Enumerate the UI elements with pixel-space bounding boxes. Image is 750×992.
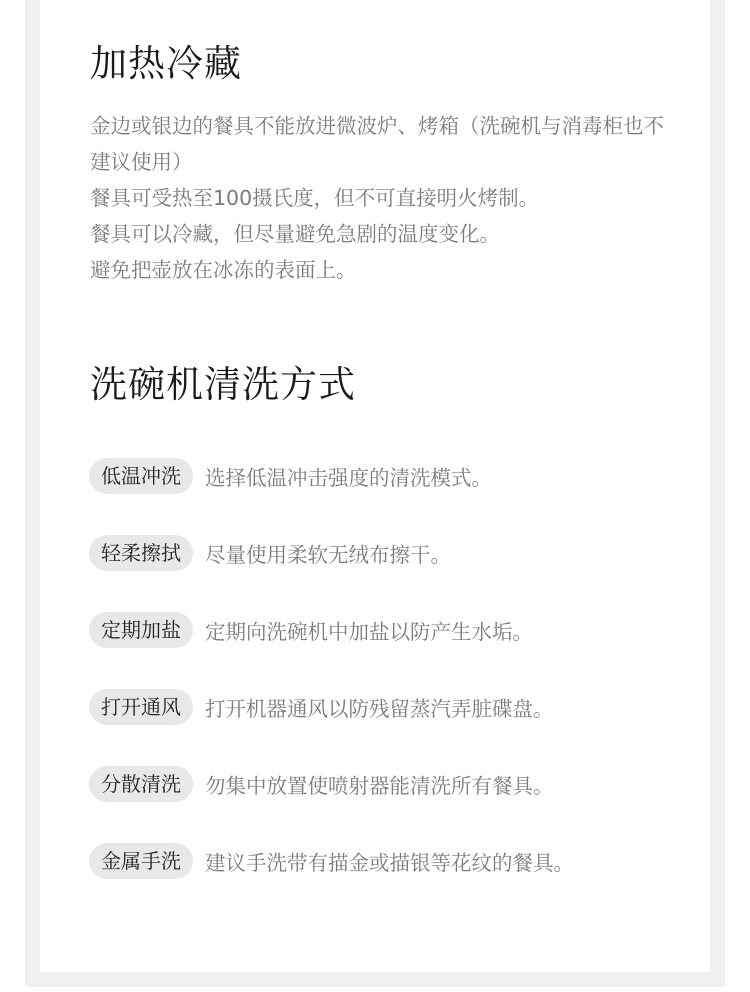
- tip-description: 勿集中放置使喷射器能清洗所有餐具。: [205, 769, 554, 799]
- tip-item: 打开通风 打开机器通风以防残留蒸汽弄脏碟盘。: [89, 689, 689, 725]
- content-card: 加热冷藏 金边或银边的餐具不能放进微波炉、烤箱（洗碗机与消毒柜也不建议使用） 餐…: [40, 0, 710, 972]
- tip-item: 定期加盐 定期向洗碗机中加盐以防产生水垢。: [89, 612, 689, 648]
- paragraph: 金边或银边的餐具不能放进微波炉、烤箱（洗碗机与消毒柜也不建议使用）: [90, 108, 680, 180]
- tip-description: 打开机器通风以防残留蒸汽弄脏碟盘。: [205, 692, 554, 722]
- section-title-dishwasher-cleaning: 洗碗机清洗方式: [90, 363, 356, 407]
- tip-tag: 金属手洗: [89, 843, 193, 879]
- tip-description: 尽量使用柔软无绒布擦干。: [205, 538, 451, 568]
- heating-refrigeration-text: 金边或银边的餐具不能放进微波炉、烤箱（洗碗机与消毒柜也不建议使用） 餐具可受热至…: [90, 108, 680, 288]
- paragraph: 餐具可受热至100摄氏度，但不可直接明火烤制。: [90, 180, 680, 216]
- tip-tag: 轻柔擦拭: [89, 535, 193, 571]
- page-frame: 加热冷藏 金边或银边的餐具不能放进微波炉、烤箱（洗碗机与消毒柜也不建议使用） 餐…: [25, 0, 725, 987]
- tip-tag: 打开通风: [89, 689, 193, 725]
- tip-item: 低温冲洗 选择低温冲击强度的清洗模式。: [89, 458, 689, 494]
- cleaning-tips-list: 低温冲洗 选择低温冲击强度的清洗模式。 轻柔擦拭 尽量使用柔软无绒布擦干。 定期…: [89, 458, 689, 920]
- tip-item: 金属手洗 建议手洗带有描金或描银等花纹的餐具。: [89, 843, 689, 879]
- tip-item: 分散清洗 勿集中放置使喷射器能清洗所有餐具。: [89, 766, 689, 802]
- tip-item: 轻柔擦拭 尽量使用柔软无绒布擦干。: [89, 535, 689, 571]
- tip-description: 选择低温冲击强度的清洗模式。: [205, 461, 492, 491]
- paragraph: 餐具可以冷藏，但尽量避免急剧的温度变化。: [90, 216, 680, 252]
- tip-tag: 定期加盐: [89, 612, 193, 648]
- tip-description: 定期向洗碗机中加盐以防产生水垢。: [205, 615, 533, 645]
- section-title-heating-refrigeration: 加热冷藏: [90, 42, 242, 86]
- tip-tag: 低温冲洗: [89, 458, 193, 494]
- tip-description: 建议手洗带有描金或描银等花纹的餐具。: [205, 846, 574, 876]
- tip-tag: 分散清洗: [89, 766, 193, 802]
- paragraph: 避免把壶放在冰冻的表面上。: [90, 252, 680, 288]
